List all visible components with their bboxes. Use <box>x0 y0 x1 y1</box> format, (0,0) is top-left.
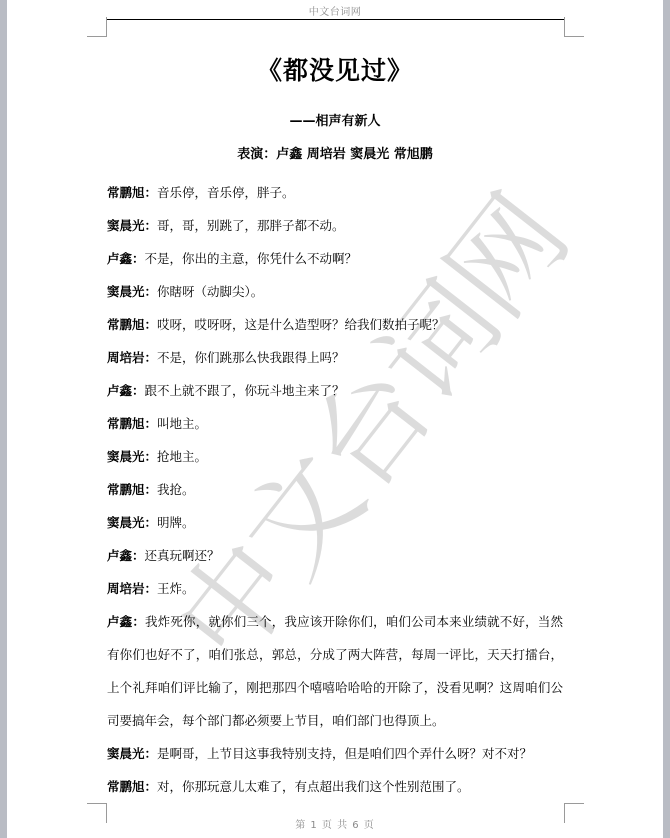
window-edge-right <box>663 0 670 838</box>
line-text: 哎呀，哎呀呀，这是什么造型呀？给我们数拍子呢？ <box>157 317 445 332</box>
dialogue-line: 周培岩：不是，你们跳那么快我跟得上吗？ <box>107 341 563 374</box>
speaker-name: 窦晨光： <box>107 449 157 464</box>
dialogue-line: 窦晨光：你瞎呀（动脚尖）。 <box>107 275 563 308</box>
dialogue-line: 卢鑫：跟不上就不跟了，你玩斗地主来了？ <box>107 374 563 407</box>
speaker-name: 周培岩： <box>107 350 157 365</box>
line-text: 王炸。 <box>157 581 195 596</box>
dialogue-line: 卢鑫：不是，你出的主意，你凭什么不动啊？ <box>107 242 563 275</box>
speaker-name: 常鹏旭： <box>107 416 157 431</box>
speaker-name: 周培岩： <box>107 581 157 596</box>
dialogue-line: 窦晨光：明牌。 <box>107 506 563 539</box>
line-text: 叫地主。 <box>157 416 207 431</box>
corner-mark-top-left-v <box>106 17 107 37</box>
window-edge-left <box>0 0 7 838</box>
line-text: 我抢。 <box>157 482 195 497</box>
header-rule <box>106 19 564 20</box>
line-text: 我炸死你，就你们三个，我应该开除你们，咱们公司本来业绩就不好，当然有你们也好不了… <box>107 614 563 728</box>
speaker-name: 卢鑫： <box>107 548 145 563</box>
speaker-name: 卢鑫： <box>107 614 145 629</box>
line-text: 不是，你出的主意，你凭什么不动啊？ <box>145 251 358 266</box>
line-text: 对，你那玩意儿太难了，有点超出我们这个性别范围了。 <box>157 779 470 794</box>
page-footer: 第 1 页 共 6 页 <box>0 816 670 831</box>
line-text: 哥，哥，别跳了，那胖子都不动。 <box>157 218 345 233</box>
corner-mark-top-left-h <box>87 36 107 37</box>
dialogue-line: 卢鑫：我炸死你，就你们三个，我应该开除你们，咱们公司本来业绩就不好，当然有你们也… <box>107 605 563 737</box>
line-text: 抢地主。 <box>157 449 207 464</box>
speaker-name: 常鹏旭： <box>107 482 157 497</box>
speaker-name: 常鹏旭： <box>107 779 157 794</box>
dialogue-line: 周培岩：王炸。 <box>107 572 563 605</box>
line-text: 跟不上就不跟了，你玩斗地主来了？ <box>145 383 345 398</box>
line-text: 是啊哥，上节目这事我特别支持，但是咱们四个弄什么呀？对不对？ <box>157 746 532 761</box>
document-subtitle: ——相声有新人 <box>107 110 563 129</box>
speaker-name: 窦晨光： <box>107 746 157 761</box>
speaker-name: 窦晨光： <box>107 218 157 233</box>
line-text: 还真玩啊还？ <box>145 548 220 563</box>
speaker-name: 卢鑫： <box>107 251 145 266</box>
dialogue-line: 窦晨光：是啊哥，上节目这事我特别支持，但是咱们四个弄什么呀？对不对？ <box>107 737 563 770</box>
page-header: 中文台词网 <box>0 3 670 18</box>
performers-line: 表演：卢鑫 周培岩 窦晨光 常旭鹏 <box>107 143 563 162</box>
speaker-name: 常鹏旭： <box>107 185 157 200</box>
dialogue-line: 窦晨光：抢地主。 <box>107 440 563 473</box>
dialogue-line: 常鹏旭：叫地主。 <box>107 407 563 440</box>
corner-mark-bottom-left-h <box>87 803 107 804</box>
line-text: 你瞎呀（动脚尖）。 <box>157 284 263 299</box>
dialogue-line: 卢鑫：还真玩啊还？ <box>107 539 563 572</box>
dialogue-line: 常鹏旭：我抢。 <box>107 473 563 506</box>
dialogue-line: 常鹏旭：音乐停，音乐停，胖子。 <box>107 176 563 209</box>
corner-mark-bottom-right-h <box>564 803 584 804</box>
dialogue-line: 常鹏旭：哎呀，哎呀呀，这是什么造型呀？给我们数拍子呢？ <box>107 308 563 341</box>
dialogue-line: 窦晨光：哥，哥，别跳了，那胖子都不动。 <box>107 209 563 242</box>
speaker-name: 卢鑫： <box>107 383 145 398</box>
speaker-name: 窦晨光： <box>107 284 157 299</box>
dialogue-line: 常鹏旭：对，你那玩意儿太难了，有点超出我们这个性别范围了。 <box>107 770 563 803</box>
corner-mark-top-right-h <box>564 36 584 37</box>
corner-mark-top-right-v <box>564 17 565 37</box>
dialogue: 常鹏旭：音乐停，音乐停，胖子。 窦晨光：哥，哥，别跳了，那胖子都不动。 卢鑫：不… <box>107 176 563 803</box>
line-text: 明牌。 <box>157 515 195 530</box>
speaker-name: 常鹏旭： <box>107 317 157 332</box>
speaker-name: 窦晨光： <box>107 515 157 530</box>
line-text: 不是，你们跳那么快我跟得上吗？ <box>157 350 345 365</box>
line-text: 音乐停，音乐停，胖子。 <box>157 185 295 200</box>
document-title: 《都没见过》 <box>107 51 563 87</box>
